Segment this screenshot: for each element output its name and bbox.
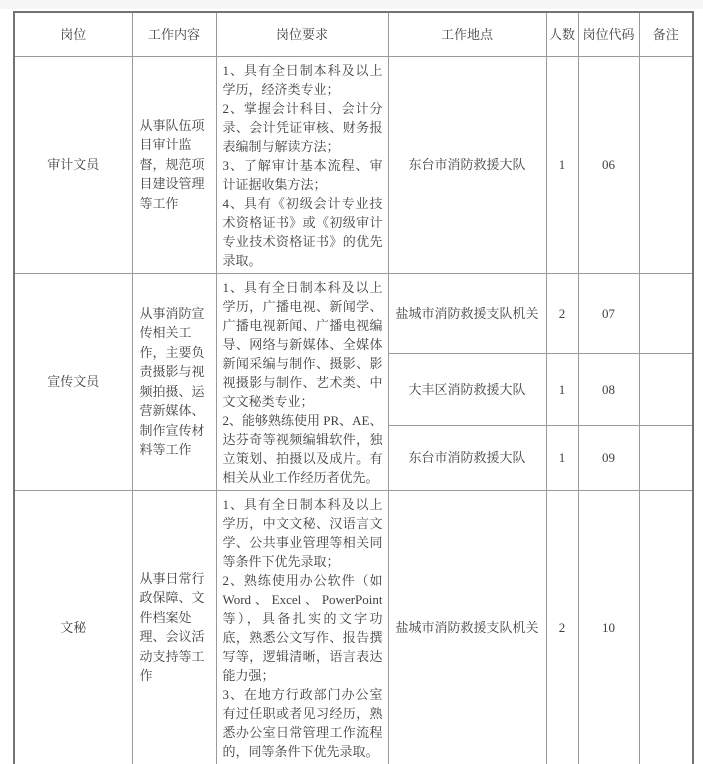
duties-cell: 从事消防宣传相关工作，主要负责摄影与视频拍摄、运营新媒体、制作宣传材料等工作 <box>132 273 216 490</box>
requirements-cell: 1、具有全日制本科及以上学历，广播电视、新闻学、广播电视新闻、广播电视编导、网络… <box>216 273 388 490</box>
headcount-cell: 1 <box>546 425 578 490</box>
remark-cell <box>639 273 693 353</box>
duties-cell: 从事日常行政保障、文件档案处理、会议活动支持等工作 <box>132 490 216 764</box>
table-header-row: 岗位 工作内容 岗位要求 工作地点 人数 岗位代码 备注 <box>14 12 693 56</box>
headcount-cell: 2 <box>546 273 578 353</box>
code-cell: 08 <box>578 353 639 425</box>
page-top-margin <box>0 0 703 9</box>
headcount-cell: 1 <box>546 56 578 273</box>
remark-cell <box>639 56 693 273</box>
position-cell: 宣传文员 <box>14 273 132 490</box>
header-position: 岗位 <box>14 12 132 56</box>
location-cell: 东台市消防救援大队 <box>388 425 546 490</box>
header-requirements: 岗位要求 <box>216 12 388 56</box>
code-cell: 07 <box>578 273 639 353</box>
table-row: 审计文员 从事队伍项目审计监督，规范项目建设管理等工作 1、具有全日制本科及以上… <box>14 56 693 273</box>
remark-cell <box>639 490 693 764</box>
headcount-cell: 1 <box>546 353 578 425</box>
requirements-cell: 1、具有全日制本科及以上学历，经济类专业； 2、掌握会计科目、会计分录、会计凭证… <box>216 56 388 273</box>
requirements-cell: 1、具有全日制本科及以上学历，中文文秘、汉语言文学、公共事业管理等相关同等条件下… <box>216 490 388 764</box>
location-cell: 盐城市消防救援支队机关 <box>388 273 546 353</box>
page: 岗位 工作内容 岗位要求 工作地点 人数 岗位代码 备注 审计文员 从事队伍项目… <box>0 0 703 764</box>
duties-cell: 从事队伍项目审计监督，规范项目建设管理等工作 <box>132 56 216 273</box>
location-cell: 盐城市消防救援支队机关 <box>388 490 546 764</box>
position-cell: 文秘 <box>14 490 132 764</box>
code-cell: 09 <box>578 425 639 490</box>
table-row: 文秘 从事日常行政保障、文件档案处理、会议活动支持等工作 1、具有全日制本科及以… <box>14 490 693 764</box>
header-code: 岗位代码 <box>578 12 639 56</box>
remark-cell <box>639 353 693 425</box>
header-location: 工作地点 <box>388 12 546 56</box>
code-cell: 10 <box>578 490 639 764</box>
table-row: 宣传文员 从事消防宣传相关工作，主要负责摄影与视频拍摄、运营新媒体、制作宣传材料… <box>14 273 693 353</box>
code-cell: 06 <box>578 56 639 273</box>
header-remark: 备注 <box>639 12 693 56</box>
position-cell: 审计文员 <box>14 56 132 273</box>
remark-cell <box>639 425 693 490</box>
header-duties: 工作内容 <box>132 12 216 56</box>
location-cell: 大丰区消防救援大队 <box>388 353 546 425</box>
headcount-cell: 2 <box>546 490 578 764</box>
header-headcount: 人数 <box>546 12 578 56</box>
location-cell: 东台市消防救援大队 <box>388 56 546 273</box>
job-positions-table: 岗位 工作内容 岗位要求 工作地点 人数 岗位代码 备注 审计文员 从事队伍项目… <box>13 11 694 764</box>
